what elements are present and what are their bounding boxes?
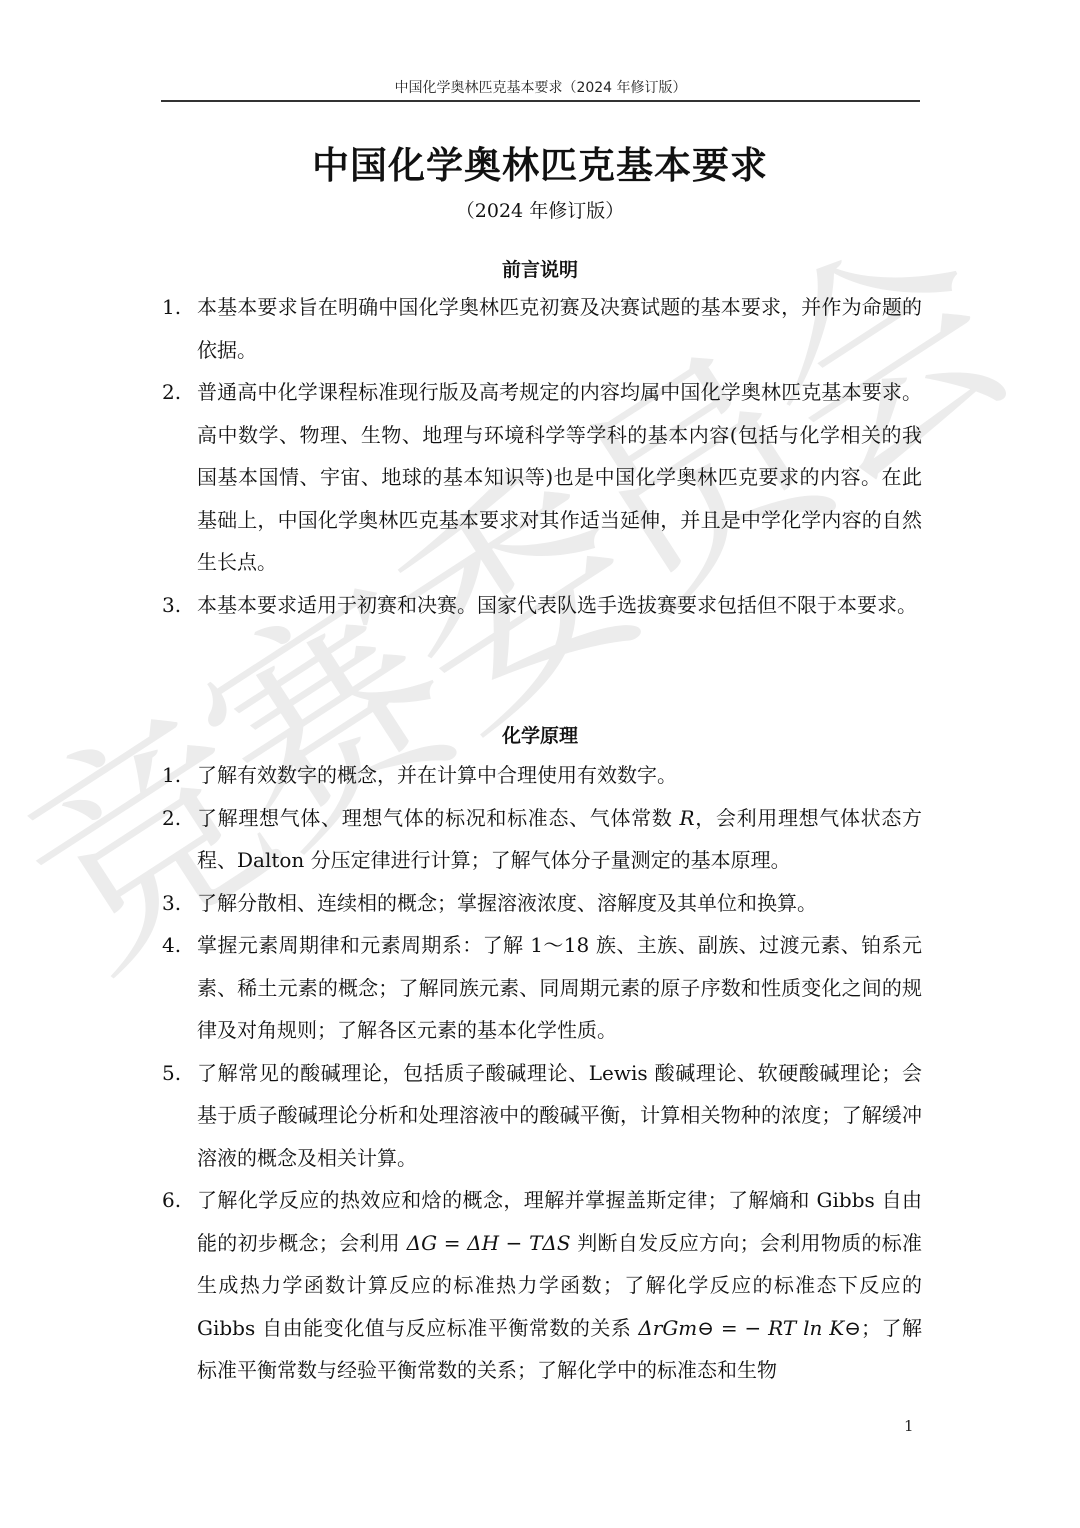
item-number: 1. — [162, 286, 181, 329]
item-text: 掌握元素周期律和元素周期系：了解 1～18 族、主族、副族、过渡元素、铂系元素、… — [197, 933, 922, 1042]
page-number: 1 — [904, 1417, 914, 1435]
list-item: 3. 本基本要求适用于初赛和决赛。国家代表队选手选拔赛要求包括但不限于本要求。 — [162, 584, 922, 627]
list-item: 1. 本基本要求旨在明确中国化学奥林匹克初赛及决赛试题的基本要求，并作为命题的依… — [162, 286, 922, 371]
list-item: 2. 了解理想气体、理想气体的标况和标准态、气体常数 R，会利用理想气体状态方程… — [162, 797, 922, 882]
item-number: 1. — [162, 754, 181, 797]
item-number: 2. — [162, 797, 181, 840]
section-heading-principles: 化学原理 — [0, 721, 1080, 748]
item-number: 4. — [162, 924, 181, 967]
item-number: 3. — [162, 584, 181, 627]
item-text: 本基本要求旨在明确中国化学奥林匹克初赛及决赛试题的基本要求，并作为命题的依据。 — [197, 295, 922, 362]
header-divider — [161, 100, 920, 102]
list-item: 5. 了解常见的酸碱理论，包括质子酸碱理论、Lewis 酸碱理论、软硬酸碱理论；… — [162, 1052, 922, 1180]
list-item: 6. 了解化学反应的热效应和焓的概念，理解并掌握盖斯定律；了解熵和 Gibbs … — [162, 1179, 922, 1392]
item-number: 2. — [162, 371, 181, 414]
document-page: 中国化学奥林匹克基本要求（2024 年修订版） 中国化学奥林匹克基本要求 （20… — [0, 0, 1080, 1528]
gibbs-equilibrium-equation: ΔrGm⊖ = − RT ln K⊖ — [638, 1316, 861, 1340]
item-number: 3. — [162, 882, 181, 925]
document-subtitle: （2024 年修订版） — [0, 196, 1080, 223]
item-text: 了解分散相、连续相的概念；掌握溶液浓度、溶解度及其单位和换算。 — [197, 891, 817, 915]
running-header: 中国化学奥林匹克基本要求（2024 年修订版） — [161, 77, 920, 97]
gas-constant-symbol: R — [680, 806, 695, 830]
item-text: 了解常见的酸碱理论，包括质子酸碱理论、Lewis 酸碱理论、软硬酸碱理论；会基于… — [197, 1061, 922, 1170]
item-text: 了解理想气体、理想气体的标况和标准态、气体常数 — [197, 806, 680, 830]
principles-list: 1. 了解有效数字的概念，并在计算中合理使用有效数字。 2. 了解理想气体、理想… — [162, 754, 922, 1392]
gibbs-equation: ΔG = ΔH − TΔS — [407, 1231, 571, 1255]
list-item: 4. 掌握元素周期律和元素周期系：了解 1～18 族、主族、副族、过渡元素、铂系… — [162, 924, 922, 1052]
document-title: 中国化学奥林匹克基本要求 — [0, 135, 1080, 189]
item-text: 了解有效数字的概念，并在计算中合理使用有效数字。 — [197, 763, 677, 787]
item-number: 6. — [162, 1179, 181, 1222]
preface-list: 1. 本基本要求旨在明确中国化学奥林匹克初赛及决赛试题的基本要求，并作为命题的依… — [162, 286, 922, 626]
list-item: 3. 了解分散相、连续相的概念；掌握溶液浓度、溶解度及其单位和换算。 — [162, 882, 922, 925]
list-item: 1. 了解有效数字的概念，并在计算中合理使用有效数字。 — [162, 754, 922, 797]
item-number: 5. — [162, 1052, 181, 1095]
section-heading-preface: 前言说明 — [0, 255, 1080, 282]
item-text: 普通高中化学课程标准现行版及高考规定的内容均属中国化学奥林匹克基本要求。高中数学… — [197, 380, 922, 574]
list-item: 2. 普通高中化学课程标准现行版及高考规定的内容均属中国化学奥林匹克基本要求。高… — [162, 371, 922, 584]
item-text: 本基本要求适用于初赛和决赛。国家代表队选手选拔赛要求包括但不限于本要求。 — [197, 593, 917, 617]
